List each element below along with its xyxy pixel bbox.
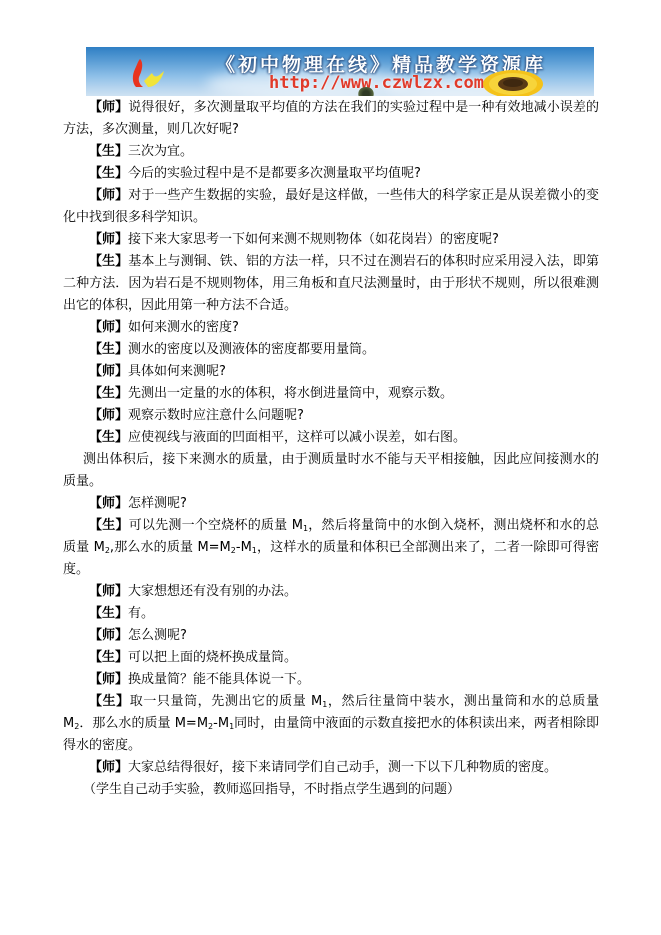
paragraph-text: 怎样测呢? <box>128 496 187 511</box>
dialogue-paragraph: 【师】怎样测呢? <box>63 493 599 515</box>
paragraph-text: 说得很好，多次测量取平均值的方法在我们的实验过程中是一种有效地减小误差的方法，多… <box>63 100 599 137</box>
dialogue-paragraph: 【师】大家总结得很好，接下来请同学们自己动手，测一下以下几种物质的密度。 <box>63 757 599 779</box>
dialogue-paragraph: 【生】取一只量筒，先测出它的质量 M1，然后往量筒中装水，测出量筒和水的总质量 … <box>63 691 599 757</box>
speaker-label: 【生】 <box>89 166 128 181</box>
paragraph-text: 先测出一定量的水的体积，将水倒进量筒中，观察示数。 <box>128 386 453 401</box>
dialogue-paragraph: 【师】换成量简？能不能具体说一下。 <box>63 669 599 691</box>
speaker-label: 【生】 <box>89 650 128 665</box>
dialogue-paragraph: 【生】有。 <box>63 603 599 625</box>
dialogue-paragraph: 【生】先测出一定量的水的体积，将水倒进量筒中，观察示数。 <box>63 383 599 405</box>
paragraph-text: 换成量简？能不能具体说一下。 <box>128 672 310 687</box>
speaker-label: 【师】 <box>89 496 128 511</box>
speaker-label: 【师】 <box>89 628 128 643</box>
paragraph-text: -M <box>213 716 229 731</box>
speaker-label: 【生】 <box>89 518 129 533</box>
paragraph-text: 今后的实验过程中是不是都要多次测量取平均值呢? <box>128 166 421 181</box>
dialogue-paragraph: 【师】接下来大家思考一下如何来测不规则物体（如花岗岩）的密度呢? <box>63 229 599 251</box>
speaker-label: 【生】 <box>89 430 128 445</box>
paragraph-text: 取一只量筒，先测出它的质量 M <box>130 694 323 709</box>
paragraph-text: 观察示数时应注意什么问题呢? <box>128 408 304 423</box>
header-banner: 《初中物理在线》精品教学资源库 http://www.czwlzx.com <box>86 47 594 96</box>
speaker-label: 【生】 <box>89 386 128 401</box>
paragraph-text: 基本上与测铜、铁、铝的方法一样，只不过在测岩石的体积时应采用浸入法，即第二种方法… <box>63 254 599 313</box>
speaker-label: 【师】 <box>89 320 128 335</box>
speaker-label: 【师】 <box>89 760 128 775</box>
dialogue-paragraph: 【生】三次为宜。 <box>63 141 599 163</box>
dialogue-paragraph: 【师】怎么测呢? <box>63 625 599 647</box>
speaker-label: 【师】 <box>89 408 128 423</box>
dialogue-paragraph: （学生自己动手实验，教师巡回指导，不时指点学生遇到的问题） <box>63 779 599 801</box>
paragraph-text: -M <box>236 540 252 555</box>
dialogue-paragraph: 【生】基本上与测铜、铁、铝的方法一样，只不过在测岩石的体积时应采用浸入法，即第二… <box>63 251 599 317</box>
paragraph-text: 可以把上面的烧杯换成量筒。 <box>128 650 297 665</box>
paragraph-text: （学生自己动手实验，教师巡回指导，不时指点学生遇到的问题） <box>83 782 460 797</box>
paragraph-text: 测出体积后，接下来测水的质量，由于测质量时水不能与天平相接触，因此应间接测水的质… <box>63 452 599 489</box>
speaker-label: 【师】 <box>89 232 128 247</box>
paragraph-text: 对于一些产生数据的实验，最好是这样做，一些伟大的科学家正是从误差微小的变化中找到… <box>63 188 599 225</box>
speaker-label: 【生】 <box>89 606 128 621</box>
paragraph-text: 具体如何来测呢? <box>128 364 226 379</box>
speaker-label: 【生】 <box>89 342 128 357</box>
banner-url: http://www.czwlzx.com <box>269 73 484 93</box>
dialogue-paragraph: 【生】应使视线与液面的凹面相平，这样可以减小误差，如右图。 <box>63 427 599 449</box>
dialogue-paragraph: 【生】今后的实验过程中是不是都要多次测量取平均值呢? <box>63 163 599 185</box>
sprout-decoration <box>358 87 374 96</box>
speaker-label: 【生】 <box>89 254 128 269</box>
speaker-label: 【师】 <box>89 188 128 203</box>
paragraph-text: 怎么测呢? <box>128 628 187 643</box>
paragraph-text: 大家想想还有没有别的办法。 <box>128 584 297 599</box>
dialogue-paragraph: 【生】可以先测一个空烧杯的质量 M1，然后将量筒中的水倒入烧杯，测出烧杯和水的总… <box>63 515 599 581</box>
paragraph-text: 接下来大家思考一下如何来测不规则物体（如花岗岩）的密度呢? <box>128 232 499 247</box>
dialogue-paragraph: 测出体积后，接下来测水的质量，由于测质量时水不能与天平相接触，因此应间接测水的质… <box>63 449 599 493</box>
paragraph-text: 三次为宜。 <box>128 144 193 159</box>
dialogue-paragraph: 【生】可以把上面的烧杯换成量筒。 <box>63 647 599 669</box>
logo-icon <box>130 57 170 91</box>
dialogue-paragraph: 【师】具体如何来测呢? <box>63 361 599 383</box>
dialogue-paragraph: 【师】如何来测水的密度? <box>63 317 599 339</box>
speaker-label: 【师】 <box>89 584 128 599</box>
dialogue-paragraph: 【师】观察示数时应注意什么问题呢? <box>63 405 599 427</box>
speaker-label: 【师】 <box>89 364 128 379</box>
dialogue-paragraph: 【师】大家想想还有没有别的办法。 <box>63 581 599 603</box>
paragraph-text: 大家总结得很好，接下来请同学们自己动手，测一下以下几种物质的密度。 <box>128 760 557 775</box>
paragraph-text: 有。 <box>128 606 154 621</box>
speaker-label: 【师】 <box>89 672 128 687</box>
paragraph-text: 应使视线与液面的凹面相平，这样可以减小误差，如右图。 <box>128 430 466 445</box>
speaker-label: 【生】 <box>89 694 130 709</box>
dialogue-paragraph: 【师】对于一些产生数据的实验，最好是这样做，一些伟大的科学家正是从误差微小的变化… <box>63 185 599 229</box>
document-body: 【师】说得很好，多次测量取平均值的方法在我们的实验过程中是一种有效地减小误差的方… <box>63 97 599 801</box>
paragraph-text: 可以先测一个空烧杯的质量 M <box>129 518 303 533</box>
speaker-label: 【师】 <box>89 100 128 115</box>
dialogue-paragraph: 【生】测水的密度以及测液体的密度都要用量筒。 <box>63 339 599 361</box>
paragraph-text: 测水的密度以及测液体的密度都要用量筒。 <box>128 342 375 357</box>
paragraph-text: ,那么水的质量 M=M <box>110 540 231 555</box>
paragraph-text: ．那么水的质量 M=M <box>79 716 208 731</box>
speaker-label: 【生】 <box>89 144 128 159</box>
paragraph-text: 如何来测水的密度? <box>128 320 239 335</box>
dialogue-paragraph: 【师】说得很好，多次测量取平均值的方法在我们的实验过程中是一种有效地减小误差的方… <box>63 97 599 141</box>
sunflower-icon <box>482 67 544 96</box>
